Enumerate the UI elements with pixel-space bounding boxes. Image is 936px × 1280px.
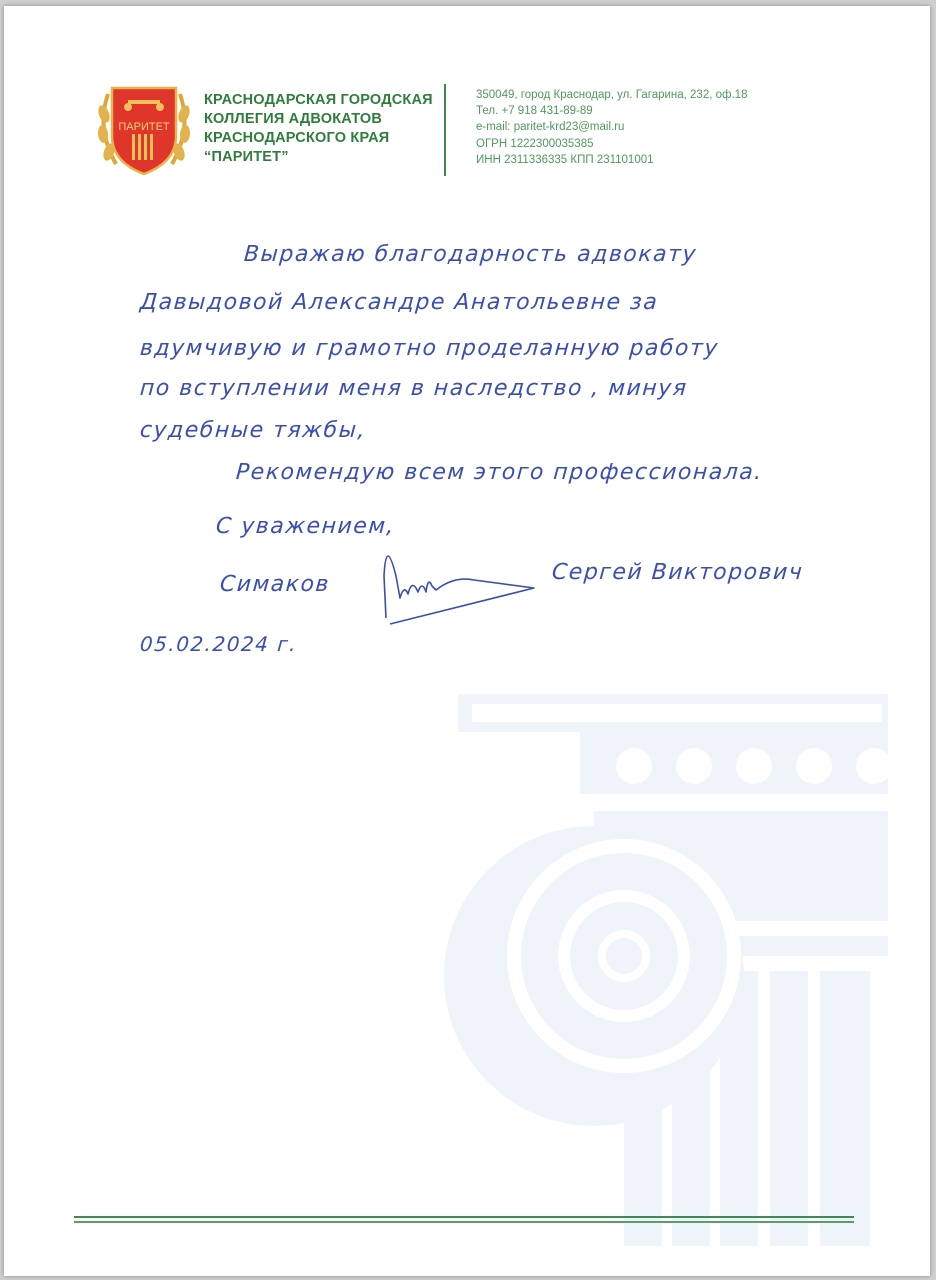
- letter-line: Выражаю благодарность адвокату: [243, 242, 698, 267]
- footer-rule: [74, 1216, 854, 1218]
- letter-line: Рекомендую всем этого профессионала.: [235, 460, 764, 485]
- letter-page: ПАРИТЕТ КРАСНОДАРСКАЯ ГОРОДСКАЯ КОЛЛЕГИЯ…: [4, 6, 930, 1276]
- phone: Тел. +7 918 431-89-89: [476, 103, 747, 119]
- org-name-line: КРАСНОДАРСКАЯ ГОРОДСКАЯ: [204, 91, 433, 110]
- organization-name: КРАСНОДАРСКАЯ ГОРОДСКАЯ КОЛЛЕГИЯ АДВОКАТ…: [204, 91, 433, 167]
- org-name-line: “ПАРИТЕТ”: [204, 148, 433, 167]
- org-name-line: КРАСНОДАРСКОГО КРАЯ: [204, 129, 433, 148]
- signer-surname: Симаков: [219, 572, 331, 597]
- closing-line: С уважением,: [215, 514, 396, 539]
- signer-name: Сергей Викторович: [551, 560, 804, 585]
- letter-date: 05.02.2024 г.: [139, 632, 298, 656]
- org-name-line: КОЛЛЕГИЯ АДВОКАТОВ: [204, 110, 433, 129]
- email: e-mail: paritet-krd23@mail.ru: [476, 119, 747, 135]
- column-watermark-icon: [444, 686, 904, 1246]
- inn-kpp: ИНН 2311336335 КПП 231101001: [476, 152, 747, 168]
- contact-block: 350049, город Краснодар, ул. Гагарина, 2…: [476, 87, 747, 168]
- svg-text:ПАРИТЕТ: ПАРИТЕТ: [118, 121, 170, 133]
- address: 350049, город Краснодар, ул. Гагарина, 2…: [476, 87, 747, 103]
- letter-line: Давыдовой Александре Анатольевне за: [139, 290, 659, 315]
- ogrn: ОГРН 1222300035385: [476, 136, 747, 152]
- letter-line: судебные тяжбы,: [139, 418, 367, 443]
- header-divider: [444, 84, 446, 176]
- letter-line: вдумчивую и грамотно проделанную работу: [139, 336, 720, 361]
- paritet-logo-icon: ПАРИТЕТ: [94, 74, 194, 180]
- footer-rule: [74, 1221, 854, 1223]
- letter-line: по вступлении меня в наследство , минуя: [139, 376, 688, 401]
- signature-icon: [374, 536, 544, 626]
